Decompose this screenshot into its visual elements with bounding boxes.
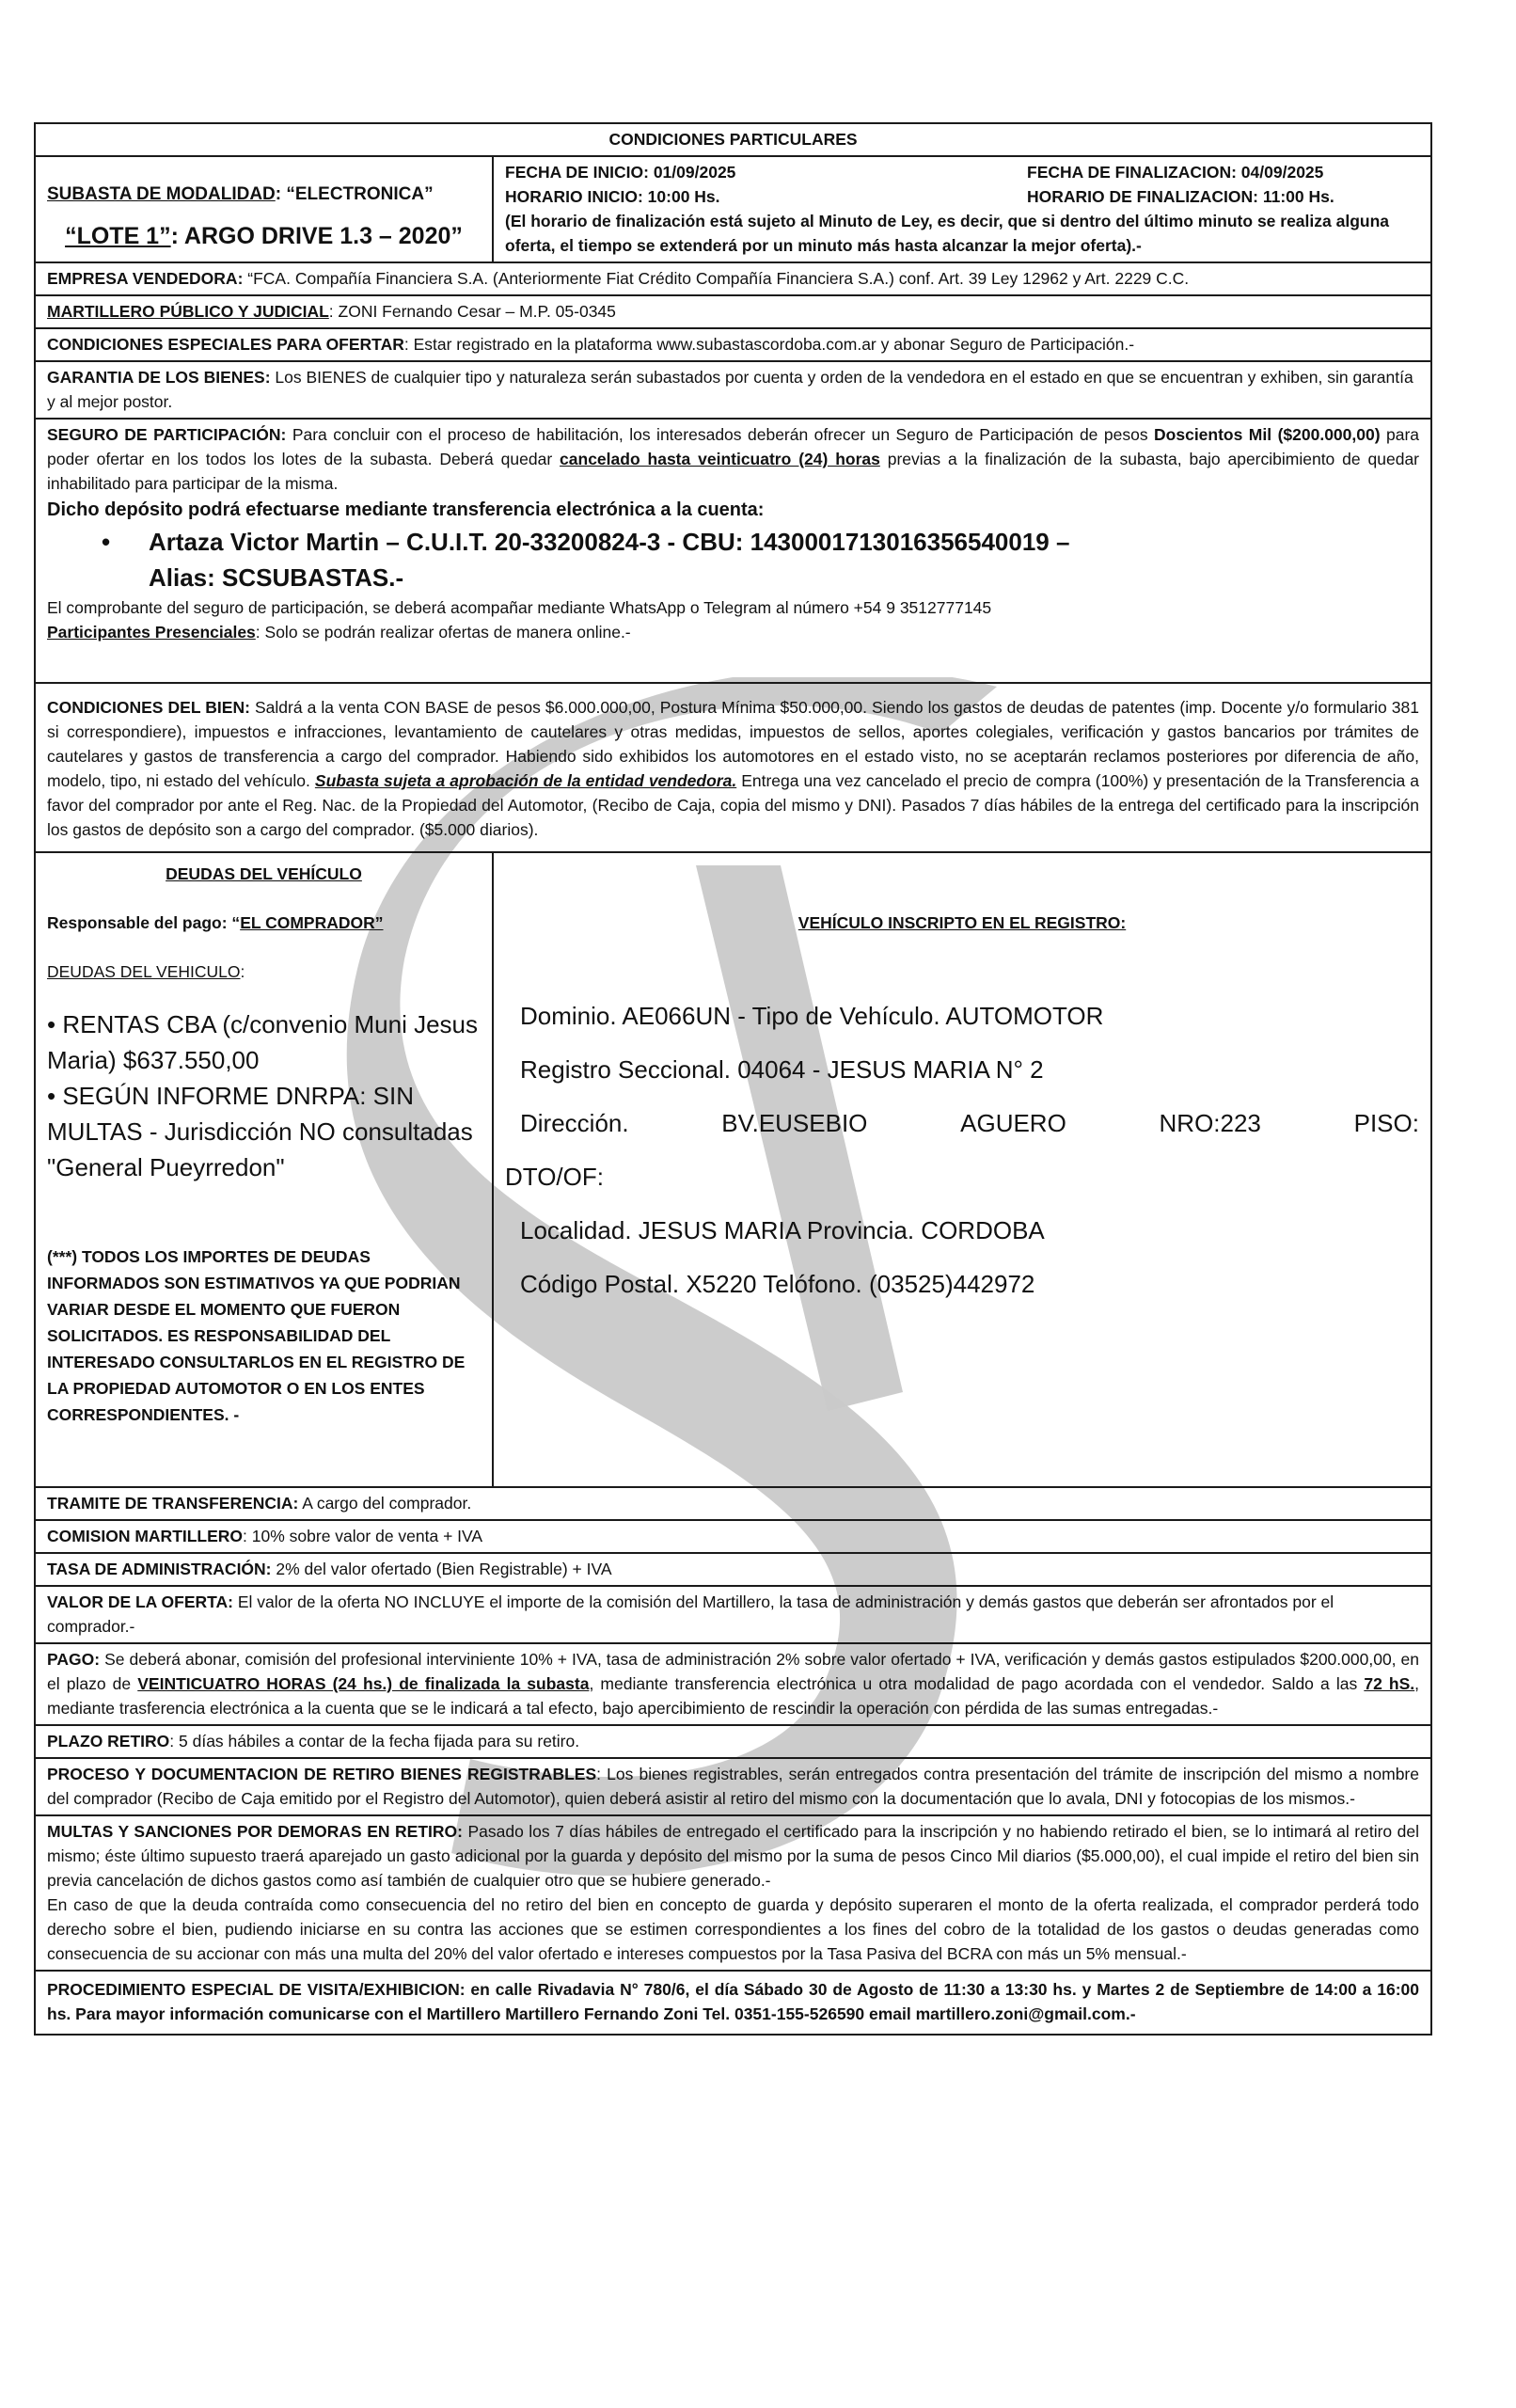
address-part: NRO:223 (1160, 1097, 1261, 1150)
warranty-row: GARANTIA DE LOS BIENES: Los BIENES de cu… (35, 361, 1431, 419)
pickup-period-row: PLAZO RETIRO: 5 días hábiles a contar de… (35, 1725, 1431, 1758)
vehicle-debts-cell: DEUDAS DEL VEHÍCULO Responsable del pago… (35, 852, 493, 1487)
payment-balance-deadline: 72 hS. (1364, 1674, 1414, 1693)
payment-text-2: , mediante transferencia electrónica u o… (589, 1674, 1364, 1693)
admin-fee-row: TASA DE ADMINISTRACIÓN: 2% del valor ofe… (35, 1553, 1431, 1586)
penalties-row: MULTAS Y SANCIONES POR DEMORAS EN RETIRO… (35, 1815, 1431, 1971)
vehicle-address: Dirección. BV.EUSEBIO AGUERO NRO:223 PIS… (505, 1097, 1419, 1150)
asset-conditions-label: CONDICIONES DEL BIEN: (47, 698, 250, 717)
vehicle-registry-cell: VEHÍCULO INSCRIPTO EN EL REGISTRO: Domin… (493, 852, 1431, 1487)
in-person-label: Participantes Presenciales (47, 623, 256, 642)
address-part: PISO: (1354, 1097, 1419, 1150)
lot-info-cell: SUBASTA DE MODALIDAD: “ELECTRONICA” “LOT… (35, 156, 493, 262)
payment-responsible-value: EL COMPRADOR” (240, 913, 383, 932)
seller-text: “FCA. Compañía Financiera S.A. (Anterior… (243, 269, 1189, 288)
payment-responsible: Responsable del pago: “EL COMPRADOR” (47, 911, 481, 935)
insurance-label: SEGURO DE PARTICIPACIÓN: (47, 425, 286, 444)
end-date: FECHA DE FINALIZACION: 04/09/2025 (1027, 160, 1323, 184)
asset-conditions-row: CONDICIONES DEL BIEN: Saldrá a la venta … (35, 683, 1431, 852)
lot-vehicle: : ARGO DRIVE 1.3 – 2020” (171, 223, 463, 249)
registry-title: VEHÍCULO INSCRIPTO EN EL REGISTRO: (505, 911, 1419, 935)
lot-title: “LOTE 1”: ARGO DRIVE 1.3 – 2020” (47, 224, 481, 248)
auctioneer-text: : ZONI Fernando Cesar – M.P. 05-0345 (329, 302, 616, 321)
payment-responsible-label: Responsable del pago: “ (47, 913, 240, 932)
address-part: Dirección. (520, 1097, 629, 1150)
vehicle-locality: Localidad. JESUS MARIA Provincia. CORDOB… (505, 1204, 1419, 1258)
special-conditions-label: CONDICIONES ESPECIALES PARA OFERTAR (47, 335, 404, 354)
insurance-text-1: Para concluir con el proceso de habilita… (286, 425, 1154, 444)
end-time: HORARIO DE FINALIZACION: 11:00 Hs. (1027, 184, 1334, 209)
visit-procedure-row: PROCEDIMIENTO ESPECIAL DE VISITA/EXHIBIC… (35, 1971, 1431, 2035)
seller-label: EMPRESA VENDEDORA: (47, 269, 243, 288)
receipt-note: El comprobante del seguro de participaci… (47, 595, 1419, 620)
warranty-label: GARANTIA DE LOS BIENES: (47, 368, 271, 387)
admin-fee-text: 2% del valor ofertado (Bien Registrable)… (272, 1560, 612, 1578)
pickup-period-label: PLAZO RETIRO (47, 1732, 169, 1751)
transfer-label: TRAMITE DE TRANSFERENCIA: (47, 1494, 298, 1513)
commission-label: COMISION MARTILLERO (47, 1527, 243, 1545)
commission-text: : 10% sobre valor de venta + IVA (243, 1527, 482, 1545)
penalties-para-2: En caso de que la deuda contraída como c… (47, 1893, 1419, 1966)
approval-note: Subasta sujeta a aprobación de la entida… (315, 771, 736, 790)
in-person-text: : Solo se podrán realizar ofertas de man… (256, 623, 631, 642)
debts-subtitle: DEUDAS DEL VEHICULO: (47, 959, 481, 984)
debts-subtitle-text: DEUDAS DEL VEHICULO (47, 962, 241, 981)
penalties-para-1: MULTAS Y SANCIONES POR DEMORAS EN RETIRO… (47, 1819, 1419, 1893)
special-conditions-text: : Estar registrado en la plataforma www.… (404, 335, 1134, 354)
document-page: CONDICIONES PARTICULARES SUBASTA DE MODA… (34, 122, 1430, 2036)
bullet-icon: • (102, 524, 110, 560)
debt-item: • RENTAS CBA (c/convenio Muni Jesus Mari… (47, 1006, 481, 1078)
vehicle-dto: DTO/OF: (505, 1150, 1419, 1204)
account-holder-cbu: Artaza Victor Martin – C.U.I.T. 20-33200… (102, 524, 1419, 560)
payment-label: PAGO: (47, 1650, 100, 1669)
insurance-deadline: cancelado hasta veinticuatro (24) horas (560, 450, 880, 468)
insurance-row: SEGURO DE PARTICIPACIÓN: Para concluir c… (35, 419, 1431, 683)
pickup-period-text: : 5 días hábiles a contar de la fecha fi… (169, 1732, 579, 1751)
conditions-table: CONDICIONES PARTICULARES SUBASTA DE MODA… (34, 122, 1432, 2036)
address-part: AGUERO (960, 1097, 1066, 1150)
auctioneer-row: MARTILLERO PÚBLICO Y JUDICIAL: ZONI Fern… (35, 295, 1431, 328)
account-alias: Alias: SCSUBASTAS.- (102, 560, 1419, 595)
pickup-process-label: PROCESO Y DOCUMENTACION DE RETIRO BIENES… (47, 1765, 596, 1783)
offer-value-label: VALOR DE LA OFERTA: (47, 1592, 233, 1611)
pickup-process-row: PROCESO Y DOCUMENTACION DE RETIRO BIENES… (35, 1758, 1431, 1815)
document-title: CONDICIONES PARTICULARES (35, 123, 1431, 156)
debts-subtitle-colon: : (241, 962, 245, 981)
start-time: HORARIO INICIO: 10:00 Hs. (505, 184, 1027, 209)
offer-value-row: VALOR DE LA OFERTA: El valor de la ofert… (35, 1586, 1431, 1643)
payment-deadline: VEINTICUATRO HORAS (24 hs.) de finalizad… (137, 1674, 589, 1693)
schedule-cell: FECHA DE INICIO: 01/09/2025FECHA DE FINA… (493, 156, 1431, 262)
lot-number: “LOTE 1” (65, 223, 171, 249)
in-person-note: Participantes Presenciales: Solo se podr… (47, 620, 1419, 644)
seller-row: EMPRESA VENDEDORA: “FCA. Compañía Financ… (35, 262, 1431, 295)
minuto-de-ley-note: (El horario de finalización está sujeto … (505, 209, 1419, 258)
modalidad: SUBASTA DE MODALIDAD: “ELECTRONICA” (47, 182, 481, 207)
deposit-line: Dicho depósito podrá efectuarse mediante… (47, 496, 1419, 524)
transfer-text: A cargo del comprador. (298, 1494, 471, 1513)
modalidad-value: : “ELECTRONICA” (276, 184, 434, 204)
vehicle-registry-office: Registro Seccional. 04064 - JESUS MARIA … (505, 1043, 1419, 1097)
commission-row: COMISION MARTILLERO: 10% sobre valor de … (35, 1520, 1431, 1553)
debts-title: DEUDAS DEL VEHÍCULO (47, 862, 481, 886)
special-conditions-row: CONDICIONES ESPECIALES PARA OFERTAR: Est… (35, 328, 1431, 361)
bank-account: • Artaza Victor Martin – C.U.I.T. 20-332… (47, 524, 1419, 595)
offer-value-text: El valor de la oferta NO INCLUYE el impo… (47, 1592, 1334, 1636)
start-date: FECHA DE INICIO: 01/09/2025 (505, 160, 1027, 184)
auctioneer-label: MARTILLERO PÚBLICO Y JUDICIAL (47, 302, 329, 321)
transfer-row: TRAMITE DE TRANSFERENCIA: A cargo del co… (35, 1487, 1431, 1520)
debts-disclaimer: (***) TODOS LOS IMPORTES DE DEUDAS INFOR… (47, 1244, 481, 1428)
insurance-text: SEGURO DE PARTICIPACIÓN: Para concluir c… (47, 422, 1419, 496)
penalties-label: MULTAS Y SANCIONES POR DEMORAS EN RETIRO… (47, 1822, 463, 1841)
insurance-amount: Doscientos Mil ($200.000,00) (1154, 425, 1381, 444)
vehicle-domain: Dominio. AE066UN - Tipo de Vehículo. AUT… (505, 990, 1419, 1043)
vehicle-postal: Código Postal. X5220 Telófono. (03525)44… (505, 1258, 1419, 1311)
address-part: BV.EUSEBIO (721, 1097, 867, 1150)
admin-fee-label: TASA DE ADMINISTRACIÓN: (47, 1560, 272, 1578)
debt-item: • SEGÚN INFORME DNRPA: SIN MULTAS - Juri… (47, 1078, 481, 1185)
payment-row: PAGO: Se deberá abonar, comisión del pro… (35, 1643, 1431, 1725)
modalidad-label: SUBASTA DE MODALIDAD (47, 184, 276, 204)
